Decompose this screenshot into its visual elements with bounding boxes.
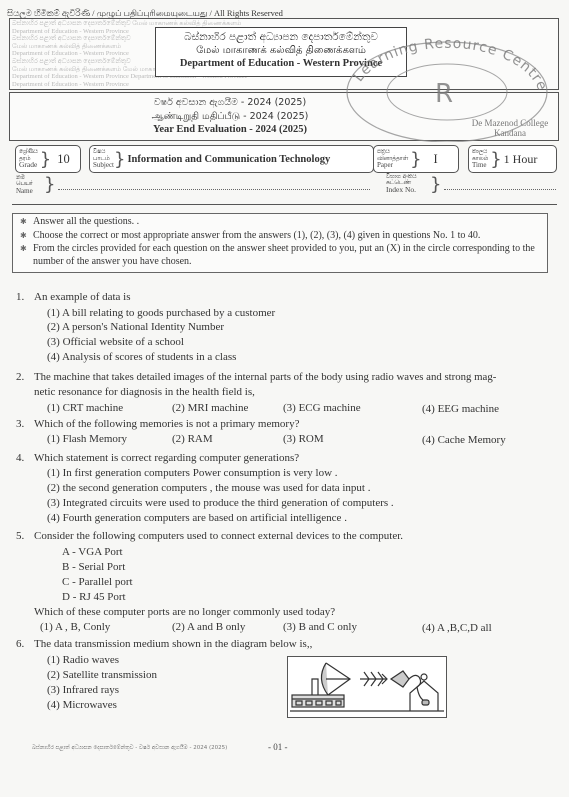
question-text: An example of data is xyxy=(34,291,131,303)
library-stamp-icon: Learning Resource Centre R xyxy=(335,22,560,142)
footer-text: බස්නාහිර පළාත් අධ්‍යාපන දෙපාර්තමේන්තුව -… xyxy=(32,745,227,752)
option-1: (1) CRT machine xyxy=(47,402,123,414)
option-3: (3) Integrated circuits were used to pro… xyxy=(47,497,394,509)
option-4: (4) Fourth generation computers are base… xyxy=(47,512,347,524)
port-item: C - Parallel port xyxy=(62,576,133,588)
question-text: Which of the following memories is not a… xyxy=(34,418,299,430)
option-2: (2) Satellite transmission xyxy=(47,669,157,681)
option-3: (3) B and C only xyxy=(283,621,357,633)
option-4: (4) Analysis of scores of students in a … xyxy=(47,351,236,363)
name-input-line[interactable] xyxy=(58,189,370,190)
option-2: (2) A person's National Identity Number xyxy=(47,321,224,333)
option-4: (4) Cache Memory xyxy=(422,434,506,446)
option-4: (4) Microwaves xyxy=(47,699,117,711)
transmission-diagram xyxy=(287,656,447,718)
question-text: Which statement is correct regarding com… xyxy=(34,452,299,464)
option-3: (3) ECG machine xyxy=(283,402,361,414)
instruction-item: ✱Choose the correct or most appropriate … xyxy=(13,230,547,243)
option-2: (2) the second generation computers , th… xyxy=(47,482,371,494)
instruction-item: ✱From the circles provided for each ques… xyxy=(13,243,547,268)
option-1: (1) In first generation computers Power … xyxy=(47,467,338,479)
option-1: (1) Radio waves xyxy=(47,654,119,666)
index-number-input-line[interactable] xyxy=(444,189,556,190)
port-item: B - Serial Port xyxy=(62,561,125,573)
option-3: (3) ROM xyxy=(283,433,324,445)
port-item: A - VGA Port xyxy=(62,546,123,558)
svg-text:R: R xyxy=(435,79,453,109)
subject-field: විෂය பாடம் Subject } Information and Com… xyxy=(89,145,374,173)
option-4: (4) EEG machine xyxy=(422,403,499,415)
question-text: The data transmission medium shown in th… xyxy=(34,638,312,650)
subject-value: Information and Communication Technology xyxy=(127,154,330,165)
page-number: - 01 - xyxy=(268,742,288,752)
instruction-item: ✱Answer all the questions. . xyxy=(13,216,547,229)
port-item: D - RJ 45 Port xyxy=(62,591,126,603)
option-2: (2) MRI machine xyxy=(172,402,248,414)
option-1: (1) Flash Memory xyxy=(47,433,127,445)
paper-value: I xyxy=(434,152,438,167)
candidate-details-row: නම பெயர் Name } විභාග අංකය சுட்டெண் Inde… xyxy=(12,173,557,201)
paper-field: පත්‍රය வினாத்தாள் Paper } I xyxy=(373,145,459,173)
option-4: (4) A ,B,C,D all xyxy=(422,622,492,634)
question-text: Consider the following computers used to… xyxy=(34,530,403,542)
option-2: (2) A and B only xyxy=(172,621,245,633)
option-2: (2) RAM xyxy=(172,433,213,445)
satellite-dish-transmission-icon xyxy=(288,657,446,717)
option-1: (1) A bill relating to goods purchased b… xyxy=(47,307,275,319)
divider xyxy=(12,204,557,205)
question-text: The machine that takes detailed images o… xyxy=(34,371,496,383)
time-value: 1 Hour xyxy=(504,152,538,167)
option-1: (1) A , B, Conly xyxy=(40,621,110,633)
time-field: කාලය காலம் Time } 1 Hour xyxy=(468,145,557,173)
grade-field: ශ්‍රේණිය தரம் Grade } 10 xyxy=(15,145,81,173)
instructions-box: ✱Answer all the questions. . ✱Choose the… xyxy=(12,213,548,273)
option-3: (3) Official website of a school xyxy=(47,336,184,348)
grade-value: 10 xyxy=(57,152,70,167)
question-text-continued: netic resonance for diagnosis in the hea… xyxy=(34,386,255,398)
option-3: (3) Infrared rays xyxy=(47,684,119,696)
question-subtext: Which of these computer ports are no lon… xyxy=(34,606,335,618)
